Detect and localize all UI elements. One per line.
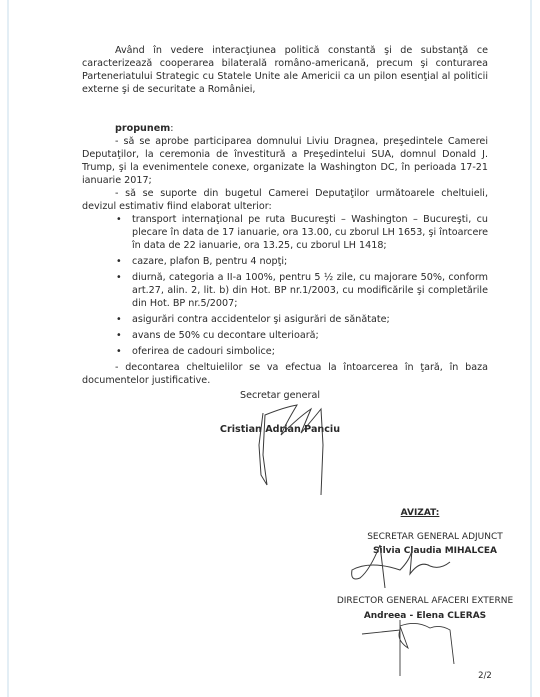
expense-item: avans de 50% cu decontare ulterioară; (132, 329, 488, 342)
page-frame-left (7, 0, 9, 697)
proposal-settlement: - decontarea cheltuielilor se va efectua… (82, 361, 488, 387)
expense-item: asigurări contra accidentelor şi asigură… (132, 313, 488, 326)
expense-item: diurnă, categoria a II-a 100%, pentru 5 … (132, 271, 488, 310)
propose-heading-text: propunem (115, 123, 170, 134)
document-body: Având în vedere interacţiunea politică c… (82, 44, 488, 387)
secretary-title: Secretar general (150, 390, 410, 401)
avizat-label: AVIZAT: (380, 508, 460, 518)
intro-paragraph: Având în vedere interacţiunea politică c… (82, 44, 488, 96)
secretary-signature (255, 405, 355, 495)
proposal-budget: - să se suporte din bugetul Camerei Depu… (82, 187, 488, 213)
propose-colon: : (170, 123, 173, 134)
expense-item: transport internaţional pe ruta Bucureşt… (132, 213, 488, 252)
director-title: DIRECTOR GENERAL AFACERI EXTERNE (305, 596, 540, 606)
propose-heading: propunem: (82, 122, 488, 135)
page-frame-right (530, 0, 532, 697)
proposal-approve: - să se aprobe participarea domnului Liv… (82, 135, 488, 187)
deputy-signature (340, 540, 460, 590)
expense-item: cazare, plafon B, pentru 4 nopţi; (132, 255, 488, 268)
page-number: 2/2 (470, 671, 500, 681)
expense-list: transport internaţional pe ruta Bucureşt… (82, 213, 488, 358)
director-signature (360, 618, 470, 678)
expense-item: oferirea de cadouri simbolice; (132, 345, 488, 358)
